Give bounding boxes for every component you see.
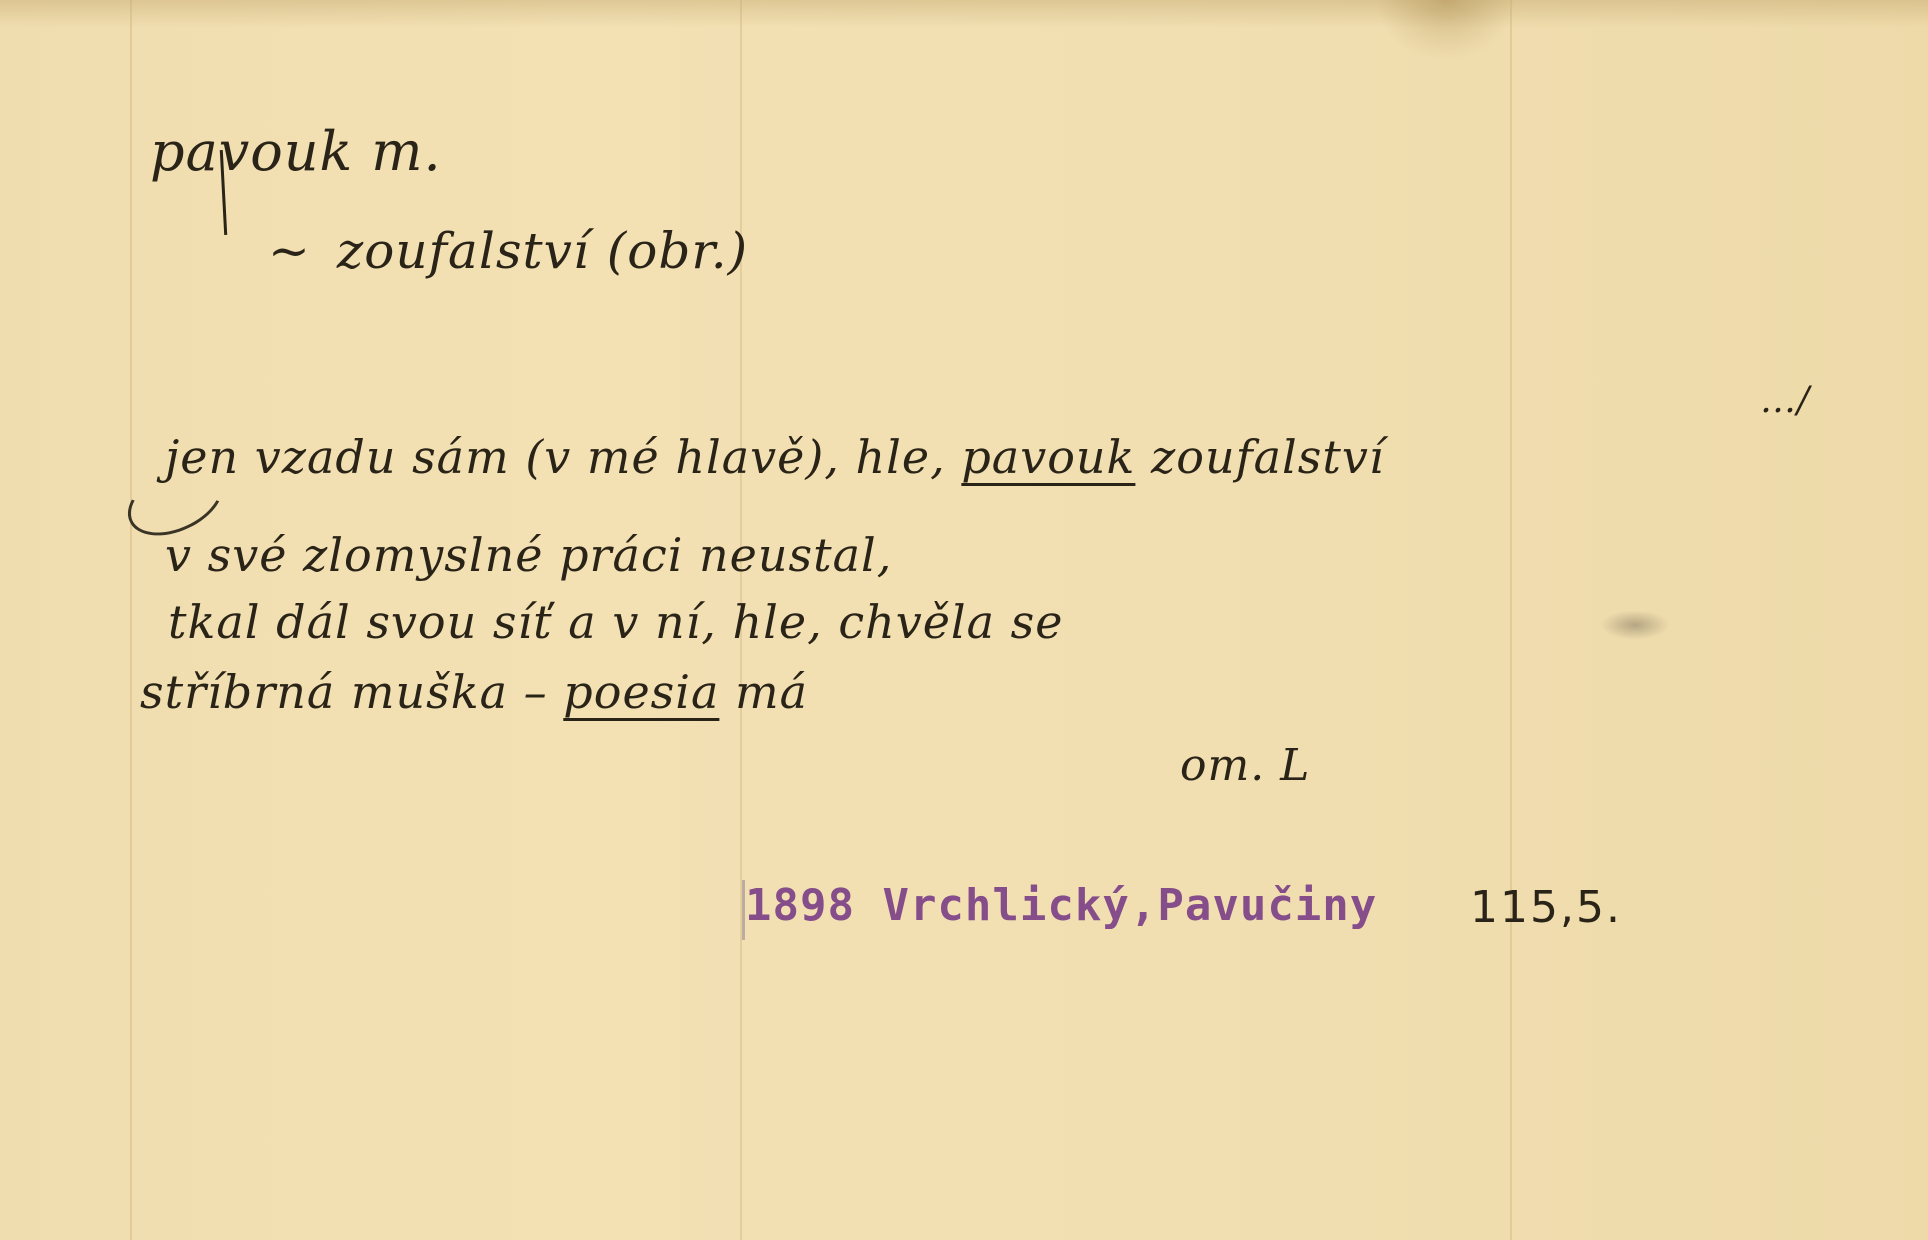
page-reference: 115,5. <box>1470 882 1622 933</box>
quotation-line-2: v své zlomyslné práci neustal, <box>165 528 892 582</box>
subentry-phrase: zoufalství <box>337 222 590 280</box>
omission-annotation: om. L <box>1180 740 1310 791</box>
headword: pavouk <box>150 120 353 183</box>
source-stamp: 1898 Vrchlický,Pavučiny <box>745 880 1377 931</box>
quotation-line-4: stříbrná muška – poesia má <box>140 665 808 719</box>
ink-smudge <box>1600 610 1670 640</box>
subentry-line: ~zoufalství (obr.) <box>268 222 748 280</box>
underlined-word: poesia <box>563 665 719 719</box>
quotation-line-1: jen vzadu sám (v mé hlavě), hle, pavouk … <box>165 430 1385 484</box>
quotation-line-3: tkal dál svou síť a v ní, hle, chvěla se <box>168 595 1064 649</box>
ellipsis-mark: …/ <box>1760 380 1810 421</box>
index-card: pavoukm. ~zoufalství (obr.) …/ jen vzadu… <box>0 0 1928 1240</box>
quote-text: zoufalství <box>1135 430 1384 484</box>
underlined-headword: pavouk <box>961 430 1135 484</box>
paper-fibre-line <box>1510 0 1512 1240</box>
quote-text: má <box>719 665 808 719</box>
tilde-marker: ~ <box>268 222 311 280</box>
headword-line: pavoukm. <box>150 120 442 183</box>
quote-text: jen vzadu sám (v mé hlavě), hle, <box>165 430 961 484</box>
subentry-note: (obr.) <box>607 222 748 280</box>
paper-fibre-line <box>130 0 132 1240</box>
grammar-label: m. <box>371 120 441 183</box>
quote-text: stříbrná muška – <box>140 665 563 719</box>
